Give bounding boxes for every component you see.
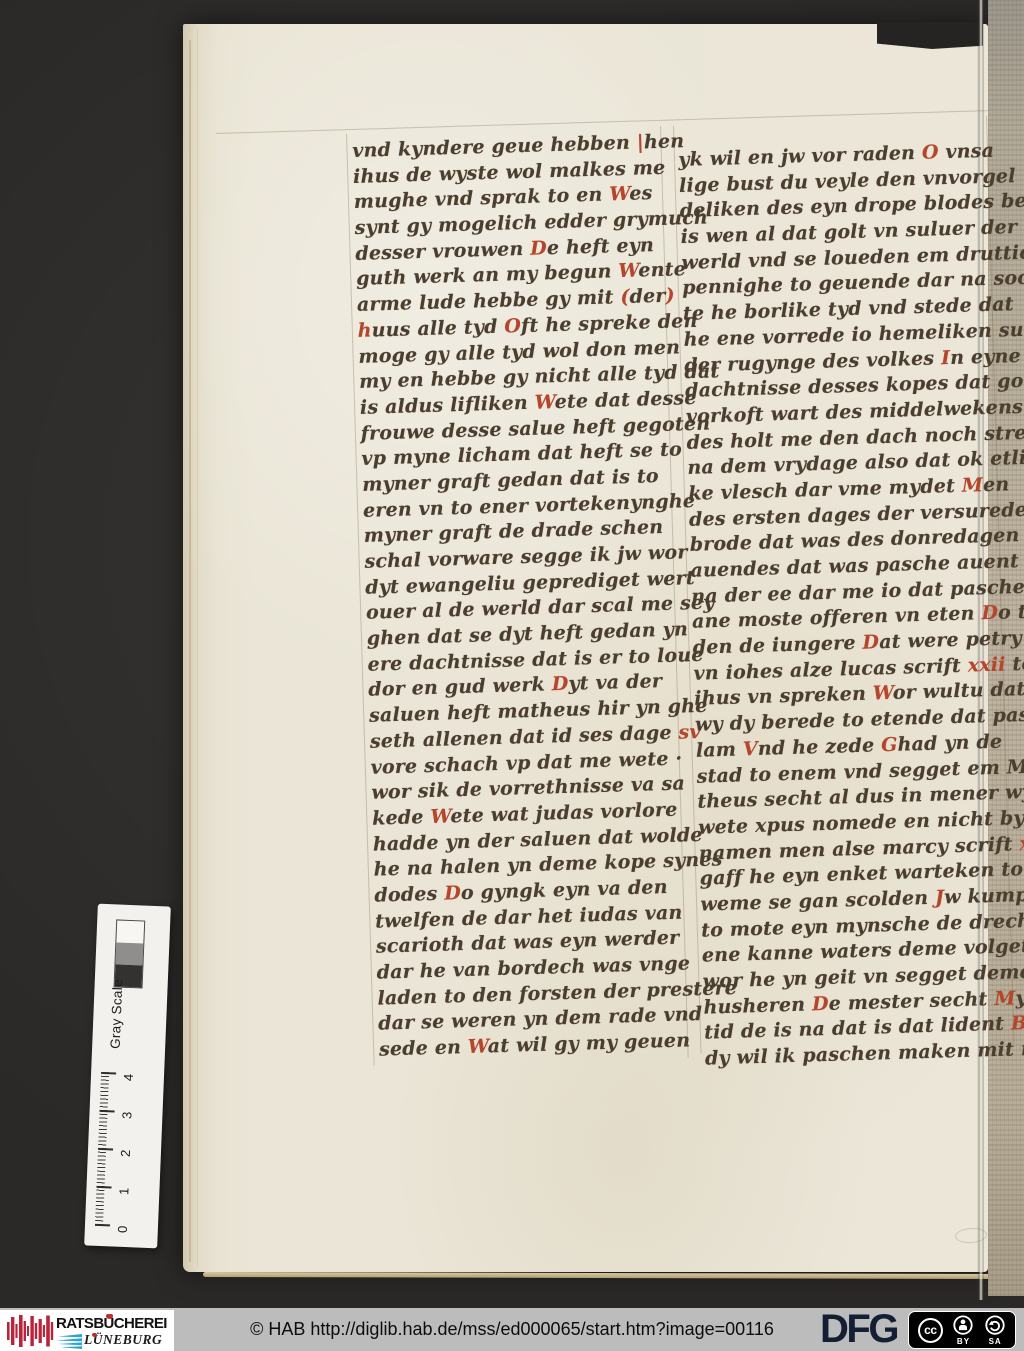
- cc-sa-item: SA: [984, 1315, 1006, 1346]
- cc-license-badge: cc BY SA: [908, 1311, 1016, 1349]
- stacked-leaf-edge: [197, 30, 198, 1266]
- rubrication-mark: G: [881, 734, 898, 756]
- rubrication-mark: V: [743, 738, 759, 760]
- manuscript-column-left: vnd kyndere geue hebben |henihus de wyst…: [352, 130, 689, 1064]
- rubrication-mark: W: [468, 1035, 489, 1058]
- cc-by-item: BY: [952, 1315, 974, 1346]
- page-corner-shadow: [877, 22, 983, 49]
- ruler-tick-label: 1: [116, 1181, 131, 1196]
- cc-by-person-icon: [952, 1315, 974, 1337]
- rubrication-mark: ): [665, 285, 675, 307]
- cc-sa-arrow-icon: [984, 1315, 1006, 1337]
- rubrication-mark: xiiii: [1019, 832, 1024, 855]
- dfg-logo: DFG: [820, 1307, 897, 1350]
- stacked-leaf-edge: [189, 40, 191, 1262]
- ruler-tick-label: 0: [115, 1219, 130, 1234]
- rubrication-mark: D: [551, 673, 568, 695]
- rubrication-mark: D: [862, 631, 879, 653]
- rubrication-mark: W: [430, 805, 451, 828]
- rubrication-mark: B: [1011, 1012, 1024, 1034]
- digitized-manuscript-photo: vnd kyndere geue hebben |henihus de wyst…: [0, 0, 1024, 1351]
- cc-by-label: BY: [957, 1338, 970, 1346]
- gray-scale-ruler: 43210: [95, 1070, 147, 1230]
- rubrication-mark: W: [609, 183, 630, 206]
- rubrication-mark: O: [504, 315, 521, 337]
- rubrication-mark: M: [994, 987, 1016, 1010]
- manuscript-column-right: yk wil en jw vor raden O vnsalige bust d…: [678, 139, 1017, 1073]
- rubrication-mark: D: [812, 993, 829, 1015]
- gray-scale-card: Gray Scale 43210: [84, 904, 171, 1249]
- ruler-major-tick: [95, 1224, 110, 1227]
- rubrication-mark: M: [962, 474, 984, 497]
- cc-sa-label: SA: [989, 1338, 1002, 1346]
- gray-scale-label: Gray Scale: [107, 969, 126, 1060]
- cc-icon: cc: [918, 1318, 943, 1343]
- rubrication-mark: D: [530, 237, 547, 259]
- footer-bar: RATSBÜCHEREI LÜNEBURG © HAB http://digli…: [0, 1308, 1024, 1351]
- rubrication-mark: D: [981, 602, 998, 624]
- rubrication-mark: W: [618, 260, 639, 283]
- ruler-tick-label: 2: [118, 1143, 133, 1158]
- rubrication-mark: D: [444, 882, 461, 904]
- rubrication-mark: h: [357, 319, 372, 341]
- rubrication-mark: xxii: [967, 653, 1006, 676]
- gray-scale-swatch: [115, 942, 143, 965]
- rubrication-mark: O: [922, 141, 939, 163]
- rubrication-mark: W: [873, 682, 894, 705]
- gray-scale-swatch: [116, 920, 144, 943]
- rubrication-mark: W: [534, 391, 555, 414]
- ruler-tick-label: 3: [119, 1105, 134, 1120]
- bottom-leaf-edge: [203, 1272, 993, 1279]
- ruler-tick-label: 4: [121, 1067, 136, 1082]
